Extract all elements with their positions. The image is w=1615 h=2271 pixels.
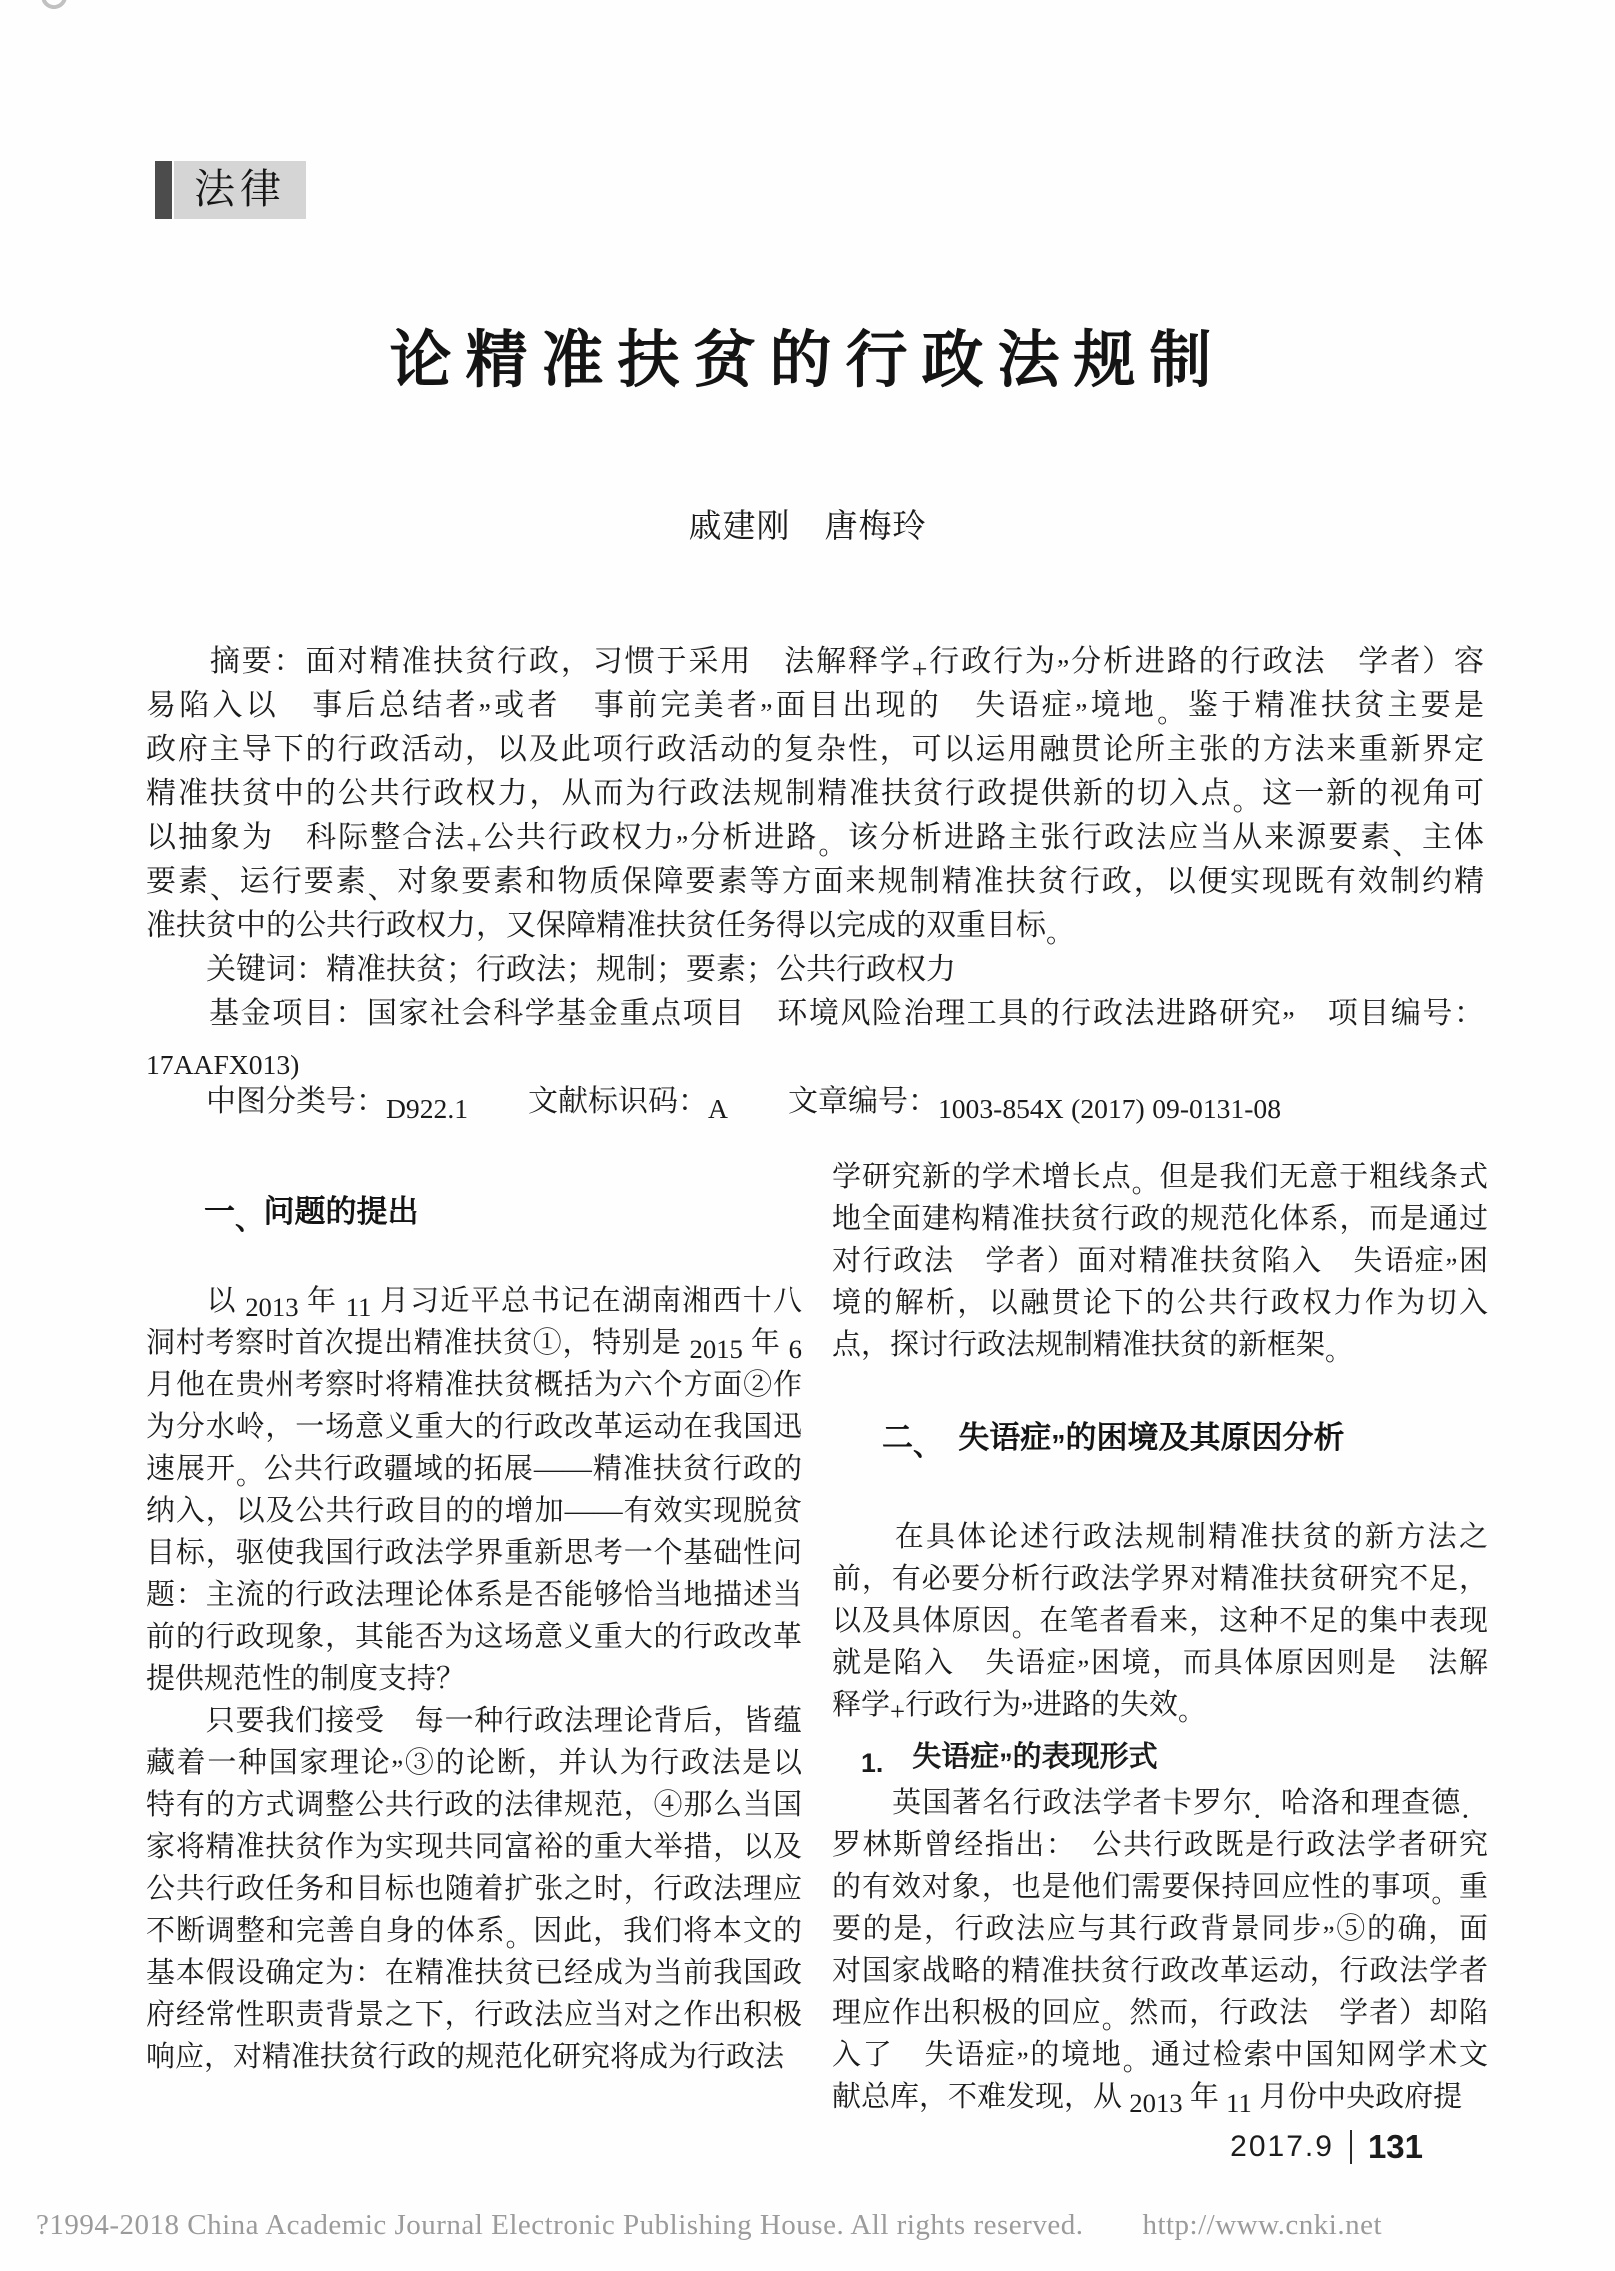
body-text-line: 点，探讨行政法规制精准扶贫的新框架。 xyxy=(832,1324,1488,1366)
body-text-line: 家将精准扶贫作为实现共同富裕的重大举措，以及 xyxy=(146,1826,802,1868)
fund-project-number: 17AAFX013) xyxy=(146,1036,1484,1080)
body-text-line: 不断调整和完善自身的体系。因此，我们将本文的 xyxy=(146,1910,802,1952)
body-text-line: 以及具体原因。在笔者看来，这种不足的集中表现 xyxy=(832,1600,1488,1642)
body-text-line: 学研究新的学术增长点。但是我们无意于粗线条式 xyxy=(832,1156,1488,1198)
body-text-line: 地全面建构精准扶贫行政的规范化体系，而是通过 xyxy=(832,1198,1488,1240)
article-title: 论精准扶贫的行政法规制 xyxy=(0,310,1615,399)
category-label: 法律 xyxy=(174,161,306,219)
abstract-line: 易陷入以 事后总结者”或者 事前完美者”面目出现的 失语症”境地。鉴于精准扶贫主… xyxy=(146,684,1484,728)
copyright-notice: ?1994-2018 China Academic Journal Electr… xyxy=(36,2202,1382,2243)
page-footer: 2017.9 131 xyxy=(1230,2128,1423,2166)
journal-page: 法律 论精准扶贫的行政法规制 戚建刚 唐梅玲 摘要：面对精准扶贫行政，习惯于采用… xyxy=(0,0,1615,2271)
body-text-line: 提供规范性的制度支持？ xyxy=(146,1658,802,1700)
left-paragraph-2: 只要我们接受 每一种行政法理论背后，皆蕴藏着一种国家理论”③的论断，并认为行政法… xyxy=(146,1700,802,2078)
body-column-left: 一、问题的提出 以 2013 年 11 月习近平总书记在湖南湘西十八洞村考察时首… xyxy=(146,1156,802,2078)
section-heading-2: 二、 失语症”的困境及其原因分析 xyxy=(832,1416,1488,1461)
abstract-line: 准扶贫中的公共行政权力，又保障精准扶贫任务得以完成的双重目标。 xyxy=(146,904,1484,948)
body-text-line: 入了 失语症”的境地。通过检索中国知网学术文 xyxy=(832,2034,1488,2076)
fund-project-line: 基金项目：国家社会科学基金重点项目 环境风险治理工具的行政法进路研究” 项目编号… xyxy=(146,992,1484,1036)
right-continuation-paragraph: 学研究新的学术增长点。但是我们无意于粗线条式地全面建构精准扶贫行政的规范化体系，… xyxy=(832,1156,1488,1366)
tag-accent-bar xyxy=(155,161,172,219)
right-paragraph-2: 英国著名行政法学者卡罗尔．哈洛和理查德．罗林斯曾经指出： 公共行政既是行政法学者… xyxy=(832,1782,1488,2118)
body-text-line: 英国著名行政法学者卡罗尔．哈洛和理查德． xyxy=(832,1782,1488,1824)
body-text-line: 献总库，不难发现，从 2013 年 11 月份中央政府提 xyxy=(832,2076,1488,2118)
journal-issue: 2017.9 xyxy=(1230,2130,1334,2164)
body-text-line: 月他在贵州考察时将精准扶贫概括为六个方面②作 xyxy=(146,1364,802,1406)
body-text-line: 的有效对象，也是他们需要保持回应性的事项。重 xyxy=(832,1866,1488,1908)
body-text-line: 响应，对精准扶贫行政的规范化研究将成为行政法 xyxy=(146,2036,802,2078)
article-authors: 戚建刚 唐梅玲 xyxy=(0,500,1615,547)
abstract-line: 要素、运行要素、对象要素和物质保障要素等方面来规制精准扶贫行政，以便实现既有效制… xyxy=(146,860,1484,904)
body-text-line: 就是陷入 失语症”困境，而具体原因则是 法解 xyxy=(832,1642,1488,1684)
abstract-line: 政府主导下的行政活动，以及此项行政活动的复杂性，可以运用融贯论所主张的方法来重新… xyxy=(146,728,1484,772)
body-text-line: 只要我们接受 每一种行政法理论背后，皆蕴 xyxy=(146,1700,802,1742)
body-text-line: 府经常性职责背景之下，行政法应当对之作出积极 xyxy=(146,1994,802,2036)
footer-divider xyxy=(1350,2130,1352,2164)
abstract-line: 摘要：面对精准扶贫行政，习惯于采用 法解释学+行政行为”分析进路的行政法 学者）… xyxy=(146,640,1484,684)
body-text-line: 以 2013 年 11 月习近平总书记在湖南湘西十八 xyxy=(146,1280,802,1322)
body-text-line: 罗林斯曾经指出： 公共行政既是行政法学者研究 xyxy=(832,1824,1488,1866)
body-text-line: 前的行政现象，其能否为这场意义重大的行政改革 xyxy=(146,1616,802,1658)
body-text-line: 目标，驱使我国行政法学界重新思考一个基础性问 xyxy=(146,1532,802,1574)
body-text-line: 前，有必要分析行政法学界对精准扶贫研究不足， xyxy=(832,1558,1488,1600)
body-text-line: 特有的方式调整公共行政的法律规范，④那么当国 xyxy=(146,1784,802,1826)
body-text-line: 释学+行政行为”进路的失效。 xyxy=(832,1684,1488,1726)
body-text-line: 要的是，行政法应与其行政背景同步”⑤的确，面 xyxy=(832,1908,1488,1950)
body-text-line: 速展开。公共行政疆域的拓展——精准扶贫行政的 xyxy=(146,1448,802,1490)
classification-line: 中图分类号：D922.1 文献标识码：A 文章编号：1003-854X (201… xyxy=(146,1080,1484,1124)
left-paragraph-1: 以 2013 年 11 月习近平总书记在湖南湘西十八洞村考察时首次提出精准扶贫①… xyxy=(146,1280,802,1700)
body-text-line: 藏着一种国家理论”③的论断，并认为行政法是以 xyxy=(146,1742,802,1784)
front-matter: 摘要：面对精准扶贫行政，习惯于采用 法解释学+行政行为”分析进路的行政法 学者）… xyxy=(146,640,1484,1124)
body-text-line: 理应作出积极的回应。然而，行政法 学者）却陷 xyxy=(832,1992,1488,2034)
abstract-block: 摘要：面对精准扶贫行政，习惯于采用 法解释学+行政行为”分析进路的行政法 学者）… xyxy=(146,640,1484,948)
abstract-line: 精准扶贫中的公共行政权力，从而为行政法规制精准扶贫行政提供新的切入点。这一新的视… xyxy=(146,772,1484,816)
body-text-line: 纳入，以及公共行政目的的增加——有效实现脱贫 xyxy=(146,1490,802,1532)
right-paragraph-1: 在具体论述行政法规制精准扶贫的新方法之前，有必要分析行政法学界对精准扶贫研究不足… xyxy=(832,1516,1488,1726)
body-text-line: 为分水岭，一场意义重大的行政改革运动在我国迅 xyxy=(146,1406,802,1448)
body-text-line: 公共行政任务和目标也随着扩张之时，行政法理应 xyxy=(146,1868,802,1910)
body-text-line: 基本假设确定为：在精准扶贫已经成为当前我国政 xyxy=(146,1952,802,1994)
body-text-line: 在具体论述行政法规制精准扶贫的新方法之 xyxy=(832,1516,1488,1558)
section-heading-1: 一、问题的提出 xyxy=(146,1190,802,1235)
subsection-heading-1: 1. 失语症”的表现形式 xyxy=(832,1736,1488,1778)
abstract-line: 以抽象为 科际整合法+公共行政权力”分析进路。该分析进路主张行政法应当从来源要素… xyxy=(146,816,1484,860)
body-text-line: 对行政法 学者）面对精准扶贫陷入 失语症”困 xyxy=(832,1240,1488,1282)
keywords-line: 关键词：精准扶贫；行政法；规制；要素；公共行政权力 xyxy=(146,948,1484,992)
body-text-line: 境的解析，以融贯论下的公共行政权力作为切入 xyxy=(832,1282,1488,1324)
page-number: 131 xyxy=(1368,2128,1423,2166)
scan-artifact-mark xyxy=(41,0,69,11)
body-text-line: 对国家战略的精准扶贫行政改革运动，行政法学者 xyxy=(832,1950,1488,1992)
body-column-right: 学研究新的学术增长点。但是我们无意于粗线条式地全面建构精准扶贫行政的规范化体系，… xyxy=(832,1156,1488,2118)
body-text-line: 洞村考察时首次提出精准扶贫①，特别是 2015 年 6 xyxy=(146,1322,802,1364)
category-tag: 法律 xyxy=(155,161,306,219)
body-text-line: 题：主流的行政法理论体系是否能够恰当地描述当 xyxy=(146,1574,802,1616)
